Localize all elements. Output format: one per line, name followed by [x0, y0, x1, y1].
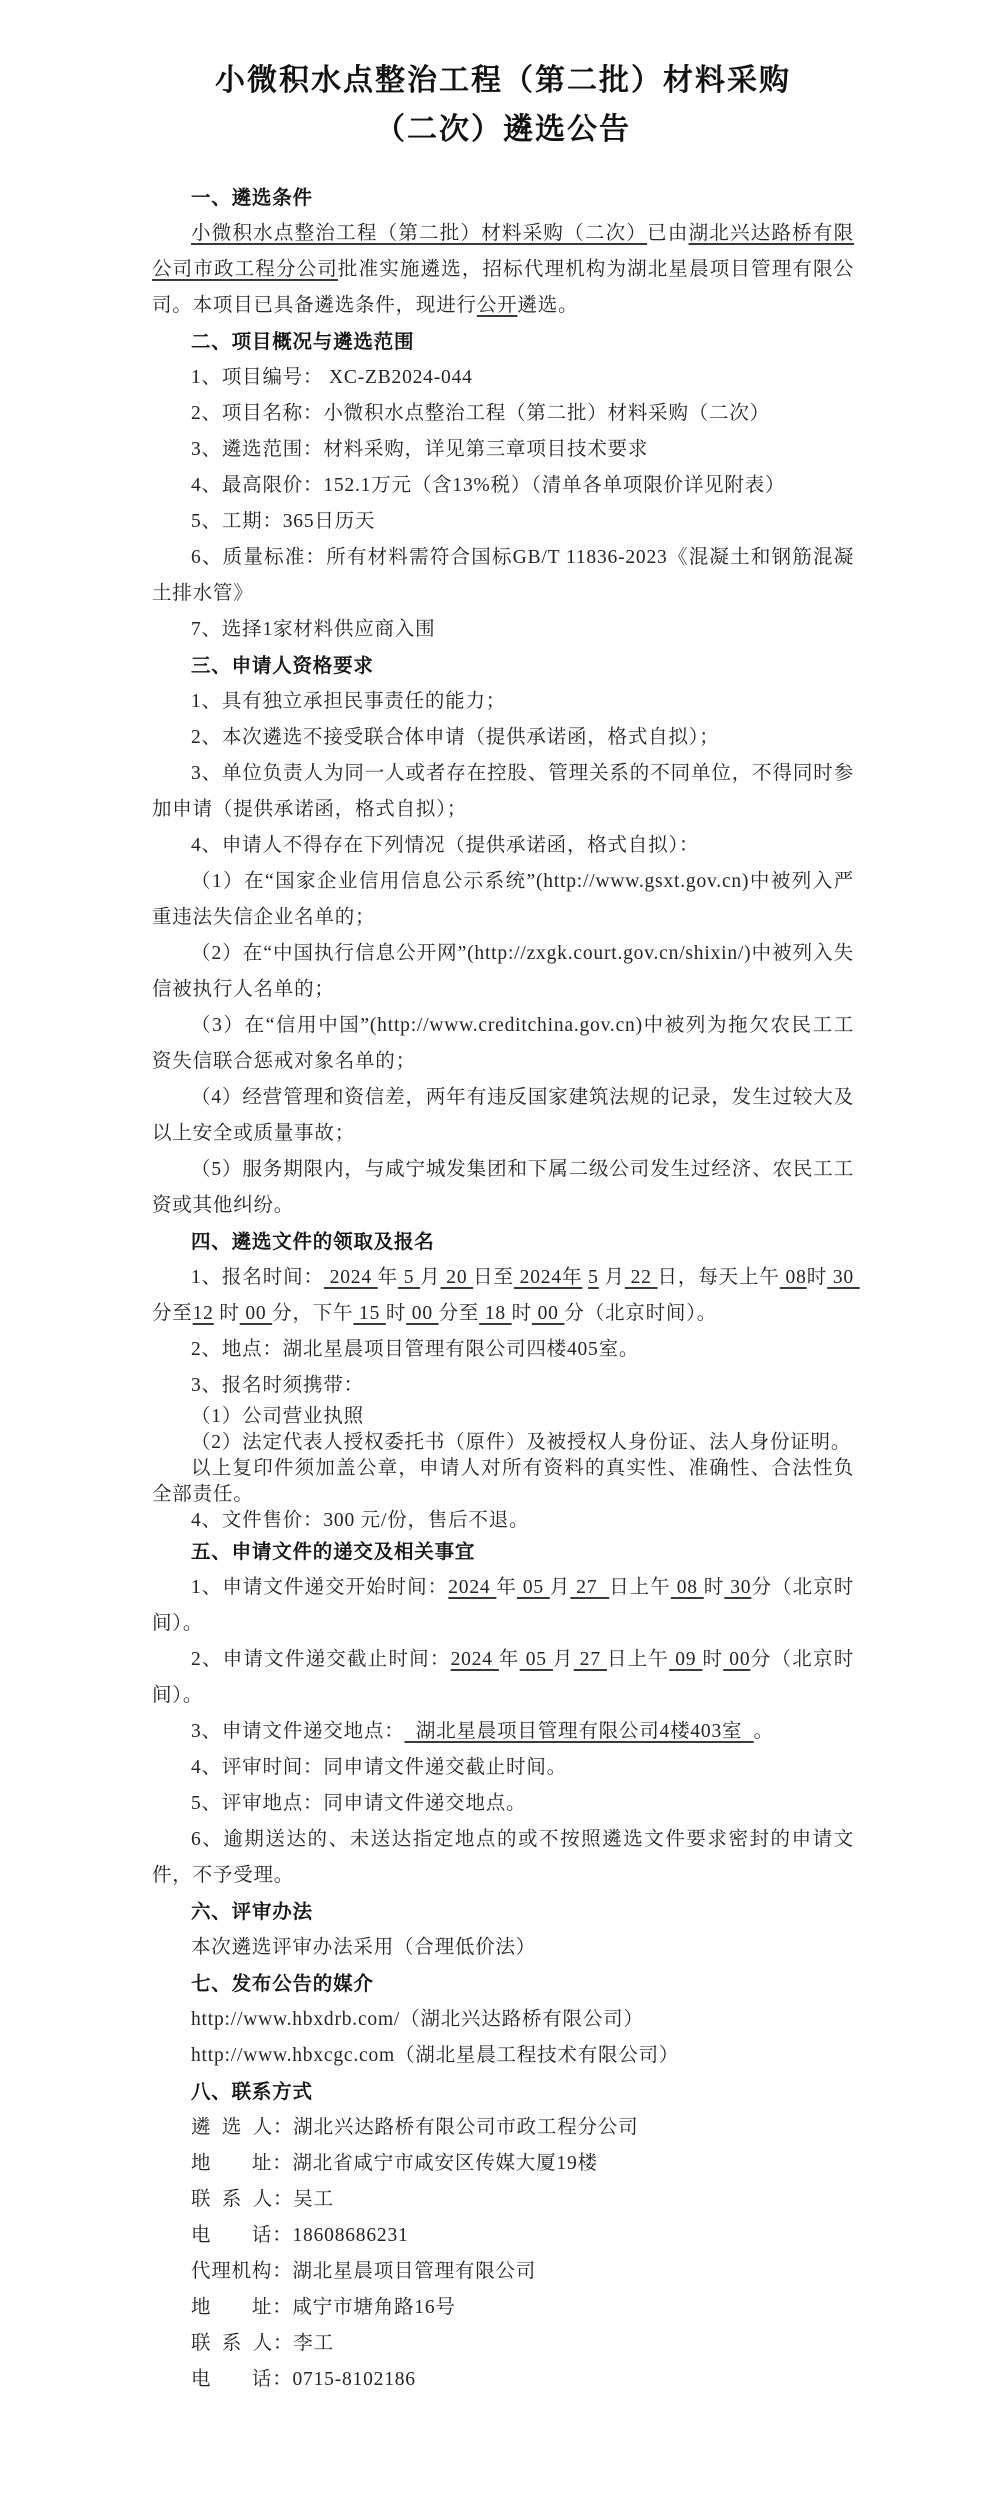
text-segment: 6、质量标准：所有材料需符合国标GB/T 11836-2023《混凝土和钢筋混凝… — [152, 547, 854, 604]
text-segment: 2、地点：湖北星晨项目管理有限公司四楼405室。 — [191, 1339, 639, 1360]
paragraph: 7、选择1家材料供应商入围 — [152, 612, 854, 648]
filled-blank-underlined: 湖北星晨项目管理有限公司4楼403室 — [405, 1721, 754, 1742]
paragraph: 6、质量标准：所有材料需符合国标GB/T 11836-2023《混凝土和钢筋混凝… — [152, 540, 854, 612]
text-segment: （3）在“信用中国”(http://www.creditchina.gov.cn… — [152, 1015, 854, 1072]
document-title-line-1: 小微积水点整治工程（第二批）材料采购 — [152, 56, 854, 105]
paragraph: （2）法定代表人授权委托书（原件）及被授权人身份证、法人身份证明。 — [152, 1430, 854, 1456]
filled-blank-underlined: 09 — [669, 1649, 702, 1670]
paragraph: http://www.hbxcgc.com（湖北星晨工程技术有限公司） — [152, 2038, 854, 2074]
text-segment: 七、发布公告的媒介 — [191, 1972, 374, 1995]
paragraph: 遴 选 人：湖北兴达路桥有限公司市政工程分公司 — [152, 2110, 854, 2146]
text-segment: 时 — [512, 1303, 532, 1324]
paragraph: （1）在“国家企业信用信息公示系统”(http://www.gsxt.gov.c… — [152, 864, 854, 936]
paragraph: 电 话：18608686231 — [152, 2218, 854, 2254]
text-segment: 以上复印件须加盖公章，申请人对所有资料的真实性、准确性、合法性负全部责任。 — [152, 1458, 854, 1505]
paragraph: http://www.hbxdrb.com/（湖北兴达路桥有限公司） — [152, 2002, 854, 2038]
text-segment: 1、申请文件递交开始时间： — [191, 1577, 448, 1598]
text-segment: 月 — [599, 1267, 625, 1288]
text-segment: 。 — [754, 1721, 774, 1742]
paragraph: （4）经营管理和资信差，两年有违反国家建筑法规的记录，发生过较大及以上安全或质量… — [152, 1080, 854, 1152]
filled-blank-underlined: 5 — [398, 1267, 420, 1288]
text-segment: 2、本次遴选不接受联合体申请（提供承诺函，格式自拟）； — [191, 727, 720, 748]
filled-blank-underlined: 2024 — [448, 1577, 496, 1598]
filled-blank-underlined: 小微积水点整治工程（第二批）材料采购（二次） — [191, 223, 647, 244]
text-segment: 地 址：湖北省咸宁市咸安区传媒大厦19楼 — [191, 2153, 598, 2174]
filled-blank-underlined: 30 — [827, 1267, 860, 1288]
filled-blank-underlined: 18 — [479, 1303, 511, 1324]
section-heading: 六、评审办法 — [152, 1894, 854, 1930]
document-title-line-2: （二次）遴选公告 — [152, 105, 854, 154]
text-segment: 年 — [499, 1649, 520, 1670]
text-segment: 月 — [550, 1577, 571, 1598]
text-segment: （2）法定代表人授权委托书（原件）及被授权人身份证、法人身份证明。 — [191, 1432, 851, 1453]
filled-blank-underlined: 2024年 — [514, 1267, 582, 1288]
text-segment: 2、申请文件递交截止时间： — [191, 1649, 451, 1670]
text-segment: 7、选择1家材料供应商入围 — [191, 619, 435, 640]
text-segment: 日，每天上午 — [657, 1267, 779, 1288]
procurement-notice-document: 小微积水点整治工程（第二批）材料采购 （二次）遴选公告 一、遴选条件小微积水点整… — [0, 0, 1000, 2497]
text-segment: 分至 — [439, 1303, 480, 1324]
filled-blank-underlined: 15 — [353, 1303, 385, 1324]
text-segment: 本次遴选评审办法采用（合理低价法） — [191, 1937, 536, 1958]
text-segment: 5、工期：365日历天 — [191, 511, 375, 532]
text-segment: 3、遴选范围：材料采购，详见第三章项目技术要求 — [191, 439, 648, 460]
paragraph: （1）公司营业执照 — [152, 1404, 854, 1430]
paragraph: 1、项目编号： XC-ZB2024-044 — [152, 360, 854, 396]
paragraph: 4、申请人不得存在下列情况（提供承诺函，格式自拟）： — [152, 828, 854, 864]
text-segment: 时 — [386, 1303, 406, 1324]
filled-blank-underlined: 00 — [532, 1303, 564, 1324]
filled-blank-underlined: 2024 — [451, 1649, 499, 1670]
filled-blank-underlined: 12 — [193, 1303, 214, 1324]
text-segment: 月 — [420, 1267, 440, 1288]
paragraph: 5、工期：365日历天 — [152, 504, 854, 540]
paragraph: 3、报名时须携带： — [152, 1368, 854, 1404]
text-segment: 6、逾期送达的、未送达指定地点的或不按照遴选文件要求密封的申请文件，不予受理。 — [152, 1829, 854, 1886]
text-segment: （1）在“国家企业信用信息公示系统”(http://www.gsxt.gov.c… — [152, 871, 854, 928]
filled-blank-underlined: 00 — [723, 1649, 750, 1670]
paragraph: 2、项目名称：小微积水点整治工程（第二批）材料采购（二次） — [152, 396, 854, 432]
paragraph: 2、地点：湖北星晨项目管理有限公司四楼405室。 — [152, 1332, 854, 1368]
text-segment: 4、评审时间：同申请文件递交截止时间。 — [191, 1757, 567, 1778]
text-segment: 时 — [702, 1649, 723, 1670]
text-segment: 5、评审地点：同申请文件递交地点。 — [191, 1793, 526, 1814]
text-segment: 3、报名时须携带： — [191, 1375, 364, 1396]
paragraph: （3）在“信用中国”(http://www.creditchina.gov.cn… — [152, 1008, 854, 1080]
text-segment: 时 — [214, 1303, 240, 1324]
text-segment: 分至 — [152, 1303, 193, 1324]
text-segment: （2）在“中国执行信息公开网”(http://zxgk.court.gov.cn… — [152, 943, 854, 1000]
text-segment: 4、申请人不得存在下列情况（提供承诺函，格式自拟）： — [191, 835, 699, 856]
filled-blank-underlined: 00 — [406, 1303, 438, 1324]
paragraph: 3、遴选范围：材料采购，详见第三章项目技术要求 — [152, 432, 854, 468]
text-segment: 二、项目概况与遴选范围 — [191, 330, 414, 353]
filled-blank-underlined: 05 — [520, 1649, 553, 1670]
text-segment: 分（北京时间）。 — [564, 1303, 717, 1324]
filled-blank-underlined: 27 — [570, 1577, 609, 1598]
filled-blank-underlined: 2024 — [324, 1267, 378, 1288]
text-segment: 月 — [553, 1649, 574, 1670]
filled-blank-underlined: 20 — [441, 1267, 474, 1288]
document-blocks: 一、遴选条件小微积水点整治工程（第二批）材料采购（二次）已由湖北兴达路桥有限公司… — [152, 180, 854, 2398]
text-segment: 日上午 — [607, 1649, 669, 1670]
text-segment: 一、遴选条件 — [191, 186, 313, 209]
text-segment: 代理机构：湖北星晨项目管理有限公司 — [191, 2261, 536, 2282]
filled-blank-underlined: 公开 — [477, 295, 518, 316]
text-segment: 已由 — [647, 223, 688, 244]
text-segment: 三、申请人资格要求 — [191, 654, 374, 677]
section-heading: 一、遴选条件 — [152, 180, 854, 216]
filled-blank-underlined: 08 — [780, 1267, 807, 1288]
paragraph: 以上复印件须加盖公章，申请人对所有资料的真实性、准确性、合法性负全部责任。 — [152, 1456, 854, 1508]
section-heading: 八、联系方式 — [152, 2074, 854, 2110]
paragraph: 代理机构：湖北星晨项目管理有限公司 — [152, 2254, 854, 2290]
paragraph: 4、最高限价：152.1万元（含13%税）（清单各单项限价详见附表） — [152, 468, 854, 504]
text-segment: 电 话：18608686231 — [191, 2225, 409, 2246]
text-segment: 地 址：咸宁市塘角路16号 — [191, 2297, 456, 2318]
text-segment: 四、遴选文件的领取及报名 — [191, 1230, 435, 1253]
paragraph: 4、评审时间：同申请文件递交截止时间。 — [152, 1750, 854, 1786]
text-segment: 年 — [496, 1577, 517, 1598]
text-segment: （5）服务期限内，与咸宁城发集团和下属二级公司发生过经济、农民工工资或其他纠纷。 — [152, 1159, 854, 1216]
text-segment: 八、联系方式 — [191, 2080, 313, 2103]
text-segment: 年 — [378, 1267, 398, 1288]
text-segment: 1、具有独立承担民事责任的能力； — [191, 691, 506, 712]
paragraph: 1、报名时间： 2024 年 5 月 20 日至 2024年 5 月 22 日，… — [152, 1260, 854, 1332]
text-segment: 1、报名时间： — [191, 1267, 324, 1288]
text-segment: （4）经营管理和资信差，两年有违反国家建筑法规的记录，发生过较大及以上安全或质量… — [152, 1087, 854, 1144]
text-segment: http://www.hbxdrb.com/（湖北兴达路桥有限公司） — [191, 2009, 644, 2030]
paragraph: （5）服务期限内，与咸宁城发集团和下属二级公司发生过经济、农民工工资或其他纠纷。 — [152, 1152, 854, 1224]
paragraph: 联 系 人：李工 — [152, 2326, 854, 2362]
paragraph: 4、文件售价：300 元/份，售后不退。 — [152, 1508, 854, 1534]
paragraph: 1、具有独立承担民事责任的能力； — [152, 684, 854, 720]
text-segment: 日至 — [473, 1267, 514, 1288]
paragraph: 1、申请文件递交开始时间：2024 年 05 月 27 日上午 08 时 30分… — [152, 1570, 854, 1642]
paragraph: 地 址：咸宁市塘角路16号 — [152, 2290, 854, 2326]
paragraph: 2、本次遴选不接受联合体申请（提供承诺函，格式自拟）； — [152, 720, 854, 756]
filled-blank-underlined: 22 — [625, 1267, 658, 1288]
text-segment: 五、申请文件的递交及相关事宜 — [191, 1540, 475, 1563]
text-segment: 分，下午 — [272, 1303, 353, 1324]
paragraph: 小微积水点整治工程（第二批）材料采购（二次）已由湖北兴达路桥有限公司市政工程分公… — [152, 216, 854, 324]
text-segment: 时 — [807, 1267, 827, 1288]
document-title: 小微积水点整治工程（第二批）材料采购 （二次）遴选公告 — [152, 56, 854, 154]
text-segment: http://www.hbxcgc.com（湖北星晨工程技术有限公司） — [191, 2045, 679, 2066]
filled-blank-underlined: 27 — [574, 1649, 607, 1670]
filled-blank-underlined: 30 — [724, 1577, 751, 1598]
section-heading: 三、申请人资格要求 — [152, 648, 854, 684]
text-segment: 时 — [704, 1577, 725, 1598]
filled-blank-underlined: 08 — [671, 1577, 704, 1598]
filled-blank-underlined: 05 — [517, 1577, 550, 1598]
text-segment: 电 话：0715-8102186 — [191, 2369, 416, 2390]
paragraph: 本次遴选评审办法采用（合理低价法） — [152, 1930, 854, 1966]
paragraph: 地 址：湖北省咸宁市咸安区传媒大厦19楼 — [152, 2146, 854, 2182]
paragraph: 2、申请文件递交截止时间：2024 年 05 月 27 日上午 09 时 00分… — [152, 1642, 854, 1714]
section-heading: 七、发布公告的媒介 — [152, 1966, 854, 2002]
section-heading: 四、遴选文件的领取及报名 — [152, 1224, 854, 1260]
text-segment: 2、项目名称：小微积水点整治工程（第二批）材料采购（二次） — [191, 403, 770, 424]
text-segment: 联 系 人：李工 — [191, 2333, 334, 2354]
paragraph: 3、单位负责人为同一人或者存在控股、管理关系的不同单位，不得同时参加申请（提供承… — [152, 756, 854, 828]
section-heading: 二、项目概况与遴选范围 — [152, 324, 854, 360]
text-segment: 4、最高限价：152.1万元（含13%税）（清单各单项限价详见附表） — [191, 475, 785, 496]
paragraph: 联 系 人：吴工 — [152, 2182, 854, 2218]
section-heading: 五、申请文件的递交及相关事宜 — [152, 1534, 854, 1570]
paragraph: 5、评审地点：同申请文件递交地点。 — [152, 1786, 854, 1822]
filled-blank-underlined: 00 — [240, 1303, 272, 1324]
text-segment: 日上午 — [609, 1577, 671, 1598]
text-segment: 联 系 人：吴工 — [191, 2189, 334, 2210]
text-segment: 遴 选 人：湖北兴达路桥有限公司市政工程分公司 — [191, 2117, 638, 2138]
text-segment: 遴选。 — [517, 295, 578, 316]
text-segment: （1）公司营业执照 — [191, 1406, 364, 1427]
text-segment: 1、项目编号： XC-ZB2024-044 — [191, 367, 473, 388]
text-segment: 六、评审办法 — [191, 1900, 313, 1923]
text-segment: 3、申请文件递交地点： — [191, 1721, 405, 1742]
filled-blank-underlined: 5 — [588, 1267, 599, 1288]
paragraph: 电 话：0715-8102186 — [152, 2362, 854, 2398]
paragraph: 6、逾期送达的、未送达指定地点的或不按照遴选文件要求密封的申请文件，不予受理。 — [152, 1822, 854, 1894]
paragraph: （2）在“中国执行信息公开网”(http://zxgk.court.gov.cn… — [152, 936, 854, 1008]
text-segment: 3、单位负责人为同一人或者存在控股、管理关系的不同单位，不得同时参加申请（提供承… — [152, 763, 854, 820]
paragraph: 3、申请文件递交地点： 湖北星晨项目管理有限公司4楼403室 。 — [152, 1714, 854, 1750]
text-segment: 4、文件售价：300 元/份，售后不退。 — [191, 1510, 529, 1531]
